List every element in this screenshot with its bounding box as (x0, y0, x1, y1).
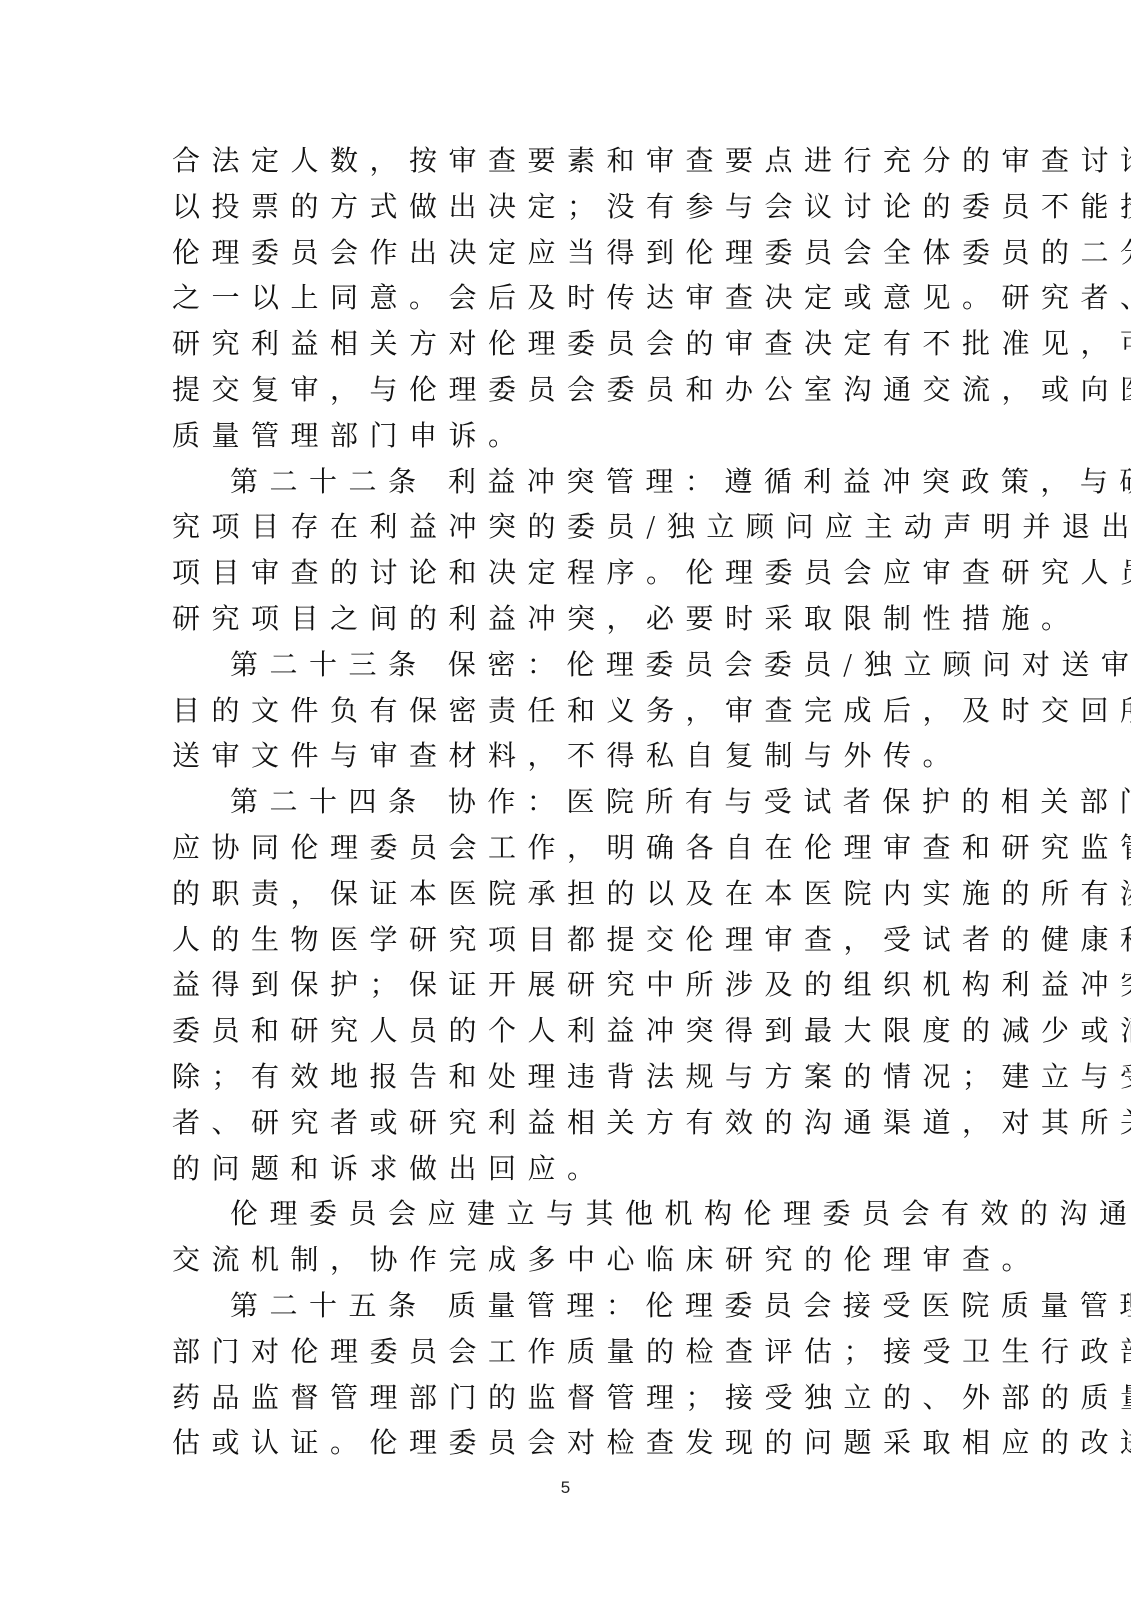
text-line: 以投票的方式做出决定；没有参与会议讨论的委员不能投票。 (172, 184, 972, 230)
text-line: 者、研究者或研究利益相关方有效的沟通渠道，对其所关心 (172, 1100, 972, 1146)
text-line: 药品监督管理部门的监督管理；接受独立的、外部的质量评 (172, 1375, 972, 1421)
text-line: 的问题和诉求做出回应。 (172, 1146, 972, 1192)
text-line: 之一以上同意。会后及时传达审查决定或意见。研究者、或 (172, 275, 972, 321)
text-line: 究项目存在利益冲突的委员/独立顾问应主动声明并退出该 (172, 504, 972, 550)
text-line: 委员和研究人员的个人利益冲突得到最大限度的减少或消 (172, 1008, 972, 1054)
text-line: 合法定人数，按审查要素和审查要点进行充分的审查讨论后， (172, 138, 972, 184)
text-line: 质量管理部门申诉。 (172, 413, 972, 459)
article-25-heading-line: 第二十五条 质量管理：伦理委员会接受医院质量管理 (172, 1283, 972, 1329)
text-line: 估或认证。伦理委员会对检查发现的问题采取相应的改进措 (172, 1420, 972, 1466)
article-23-heading-line: 第二十三条 保密：伦理委员会委员/独立顾问对送审项 (172, 642, 972, 688)
article-24-heading-line: 第二十四条 协作：医院所有与受试者保护的相关部门 (172, 779, 972, 825)
article-22-heading-line: 第二十二条 利益冲突管理：遵循利益冲突政策，与研 (172, 459, 972, 505)
text-line: 项目审查的讨论和决定程序。伦理委员会应审查研究人员与 (172, 550, 972, 596)
text-line: 提交复审，与伦理委员会委员和办公室沟通交流，或向医院 (172, 367, 972, 413)
text-line: 研究项目之间的利益冲突，必要时采取限制性措施。 (172, 596, 972, 642)
text-line: 送审文件与审查材料，不得私自复制与外传。 (172, 733, 972, 779)
text-line: 的职责，保证本医院承担的以及在本医院内实施的所有涉及 (172, 871, 972, 917)
text-line: 部门对伦理委员会工作质量的检查评估；接受卫生行政部门、 (172, 1329, 972, 1375)
document-page: 合法定人数，按审查要素和审查要点进行充分的审查讨论后， 以投票的方式做出决定；没… (0, 0, 1131, 1600)
text-line: 应协同伦理委员会工作，明确各自在伦理审查和研究监管中 (172, 825, 972, 871)
page-number: 5 (0, 1478, 1131, 1498)
text-line: 益得到保护；保证开展研究中所涉及的组织机构利益冲突、 (172, 962, 972, 1008)
text-line: 研究利益相关方对伦理委员会的审查决定有不批准见，可以 (172, 321, 972, 367)
text-line: 目的文件负有保密责任和义务，审查完成后，及时交回所有 (172, 688, 972, 734)
text-line: 人的生物医学研究项目都提交伦理审查，受试者的健康和权 (172, 917, 972, 963)
paragraph-first-line: 伦理委员会应建立与其他机构伦理委员会有效的沟通 (172, 1191, 972, 1237)
text-line: 伦理委员会作出决定应当得到伦理委员会全体委员的二分 (172, 230, 972, 276)
body-text: 合法定人数，按审查要素和审查要点进行充分的审查讨论后， 以投票的方式做出决定；没… (172, 138, 972, 1466)
text-line: 除；有效地报告和处理违背法规与方案的情况；建立与受试 (172, 1054, 972, 1100)
text-line: 交流机制，协作完成多中心临床研究的伦理审查。 (172, 1237, 972, 1283)
